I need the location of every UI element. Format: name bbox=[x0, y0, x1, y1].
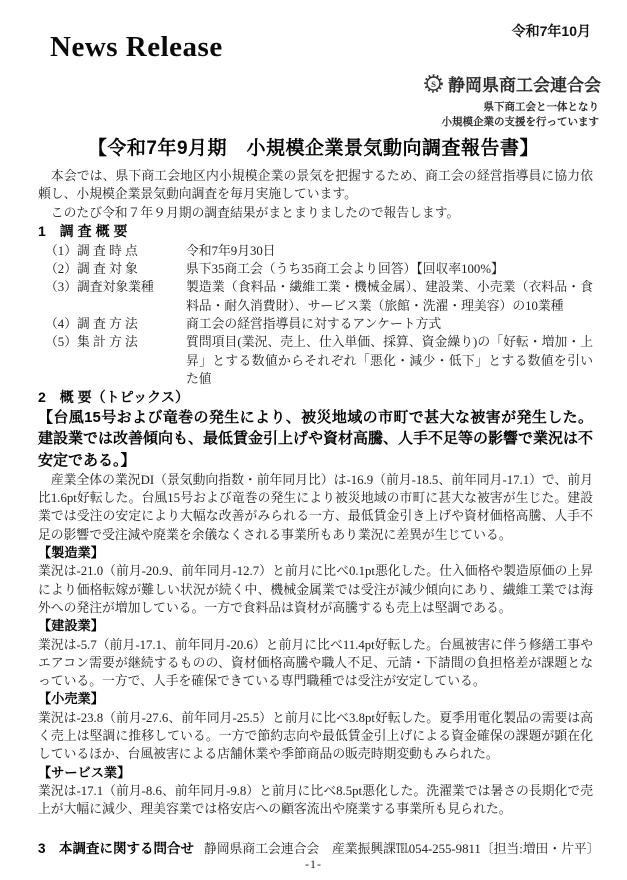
contact-info: 静岡県商工会連合会 産業振興課℡054-255-9811〔担当:増田・片平〕 bbox=[204, 842, 600, 856]
row-value: 質問項目(業況、売上、仕入単価、採算、資金繰り)の「好転・増加・上昇」とする数値… bbox=[186, 333, 593, 388]
org-tagline-line1: 県下商工会と一体となり bbox=[442, 101, 600, 116]
intro-paragraph-2: このたび令和７年９月期の調査結果がまとまりましたので報告します。 bbox=[38, 204, 593, 222]
industry-paragraph-service: 業況は-17.1（前月-8.6、前年同月-9.8）と前月に比べ8.5pt悪化した… bbox=[38, 782, 593, 819]
industry-heading-construction: 【建設業】 bbox=[38, 617, 593, 635]
svg-text:S: S bbox=[431, 79, 436, 89]
contact-line: 3 本調査に関する問合せ静岡県商工会連合会 産業振興課℡054-255-9811… bbox=[38, 840, 593, 858]
survey-overview-table: （1）調 査 時 点 令和7年9月30日 （2）調 査 対 象 県下35商工会（… bbox=[45, 242, 593, 388]
row-label: （2）調 査 対 象 bbox=[45, 260, 186, 278]
table-row-survey-date: （1）調 査 時 点 令和7年9月30日 bbox=[45, 242, 593, 260]
industry-paragraph-manufacturing: 業況は-21.0（前月-20.9、前年同月-12.7）と前月に比べ0.1pt悪化… bbox=[38, 562, 593, 617]
row-value: 県下35商工会（うち35商工会より回答）【回収率100%】 bbox=[186, 260, 593, 278]
industry-paragraph-construction: 業況は-5.7（前月-17.1、前年同月-20.6）と前月に比べ11.4pt好転… bbox=[38, 636, 593, 691]
table-row-survey-industries: （3）調査対象業種 製造業（食料品・繊維工業・機械金属）、建設業、小売業（衣料品… bbox=[45, 278, 593, 315]
industry-heading-service: 【サービス業】 bbox=[38, 764, 593, 782]
issue-date: 令和7年10月 bbox=[512, 21, 591, 41]
table-row-survey-method: （4）調 査 方 法 商工会の経営指導員に対するアンケート方式 bbox=[45, 315, 593, 333]
industry-heading-manufacturing: 【製造業】 bbox=[38, 544, 593, 562]
news-release-masthead: News Release bbox=[50, 31, 223, 64]
row-value: 製造業（食料品・繊維工業・機械金属）、建設業、小売業（衣料品・食料品・耐久消費財… bbox=[186, 278, 593, 315]
row-label: （5）集 計 方 法 bbox=[45, 333, 186, 388]
table-row-tabulation-method: （5）集 計 方 法 質問項目(業況、売上、仕入単価、採算、資金繰り)の「好転・… bbox=[45, 333, 593, 388]
row-label: （3）調査対象業種 bbox=[45, 278, 186, 315]
org-header: S 静岡県商工会連合会 bbox=[424, 71, 601, 96]
row-value: 商工会の経営指導員に対するアンケート方式 bbox=[186, 315, 593, 333]
org-tagline: 県下商工会と一体となり 小規模企業の支援を行っています bbox=[442, 101, 600, 130]
section1-heading: 1 調 査 概 要 bbox=[38, 222, 593, 241]
page-number: -1- bbox=[0, 857, 627, 872]
document-body: 本会では、県下商工会地区内小規模企業の景気を把握するため、商工会の経営指導員に協… bbox=[38, 167, 593, 858]
document-title: 【令和7年9月期 小規模企業景気動向調査報告書】 bbox=[0, 133, 627, 160]
table-row-survey-target: （2）調 査 対 象 県下35商工会（うち35商工会より回答）【回収率100%】 bbox=[45, 260, 593, 278]
overall-di-paragraph: 産業全体の業況DI（景気動向指数・前年同月比）は-16.9（前月-18.5、前年… bbox=[38, 471, 593, 544]
gear-s-logo-icon: S bbox=[424, 74, 443, 93]
intro-paragraph-1: 本会では、県下商工会地区内小規模企業の景気を把握するため、商工会の経営指導員に協… bbox=[38, 167, 593, 204]
section2-heading: 2 概 要（トピックス） bbox=[38, 388, 593, 407]
industry-paragraph-retail: 業況は-23.8（前月-27.6、前年同月-25.5）と前月に比べ3.8pt好転… bbox=[38, 709, 593, 764]
row-label: （4）調 査 方 法 bbox=[45, 315, 186, 333]
row-label: （1）調 査 時 点 bbox=[45, 242, 186, 260]
industry-heading-retail: 【小売業】 bbox=[38, 690, 593, 708]
section3-heading: 3 本調査に関する問合せ bbox=[38, 841, 194, 856]
topic-summary: 【台風15号および竜巻の発生により、被災地域の市町で甚大な被害が発生した。建設業… bbox=[38, 407, 593, 471]
org-name: 静岡県商工会連合会 bbox=[448, 71, 601, 96]
row-value: 令和7年9月30日 bbox=[186, 242, 593, 260]
news-release-page: 令和7年10月 News Release S 静岡県商工会連合会 県下商工会と一… bbox=[0, 0, 627, 880]
org-tagline-line2: 小規模企業の支援を行っています bbox=[442, 116, 600, 131]
